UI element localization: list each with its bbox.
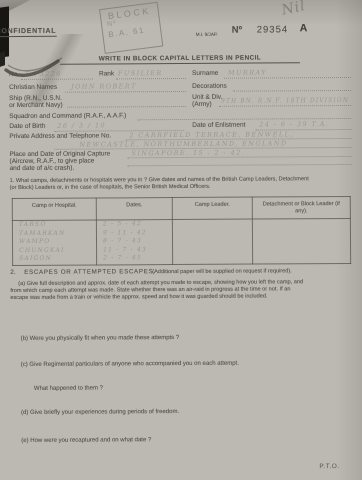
field-rank-value: FUSILIER [118,69,163,77]
field-decorations-label: Decorations [192,83,227,90]
field-christian-names-label: Christian Names [9,84,57,91]
field-ship-rule [67,105,186,108]
camp-table-body-row: TARSO TAMARKAN WAMPO CHUNGKAI SAIGON 2 -… [12,218,350,265]
field-rank-label: Rank [99,70,114,77]
question1-line2: (or Block) Leaders or, in the case of ho… [10,184,211,192]
camp-table: Camp or Hospital. Dates. Camp Leader. De… [12,196,351,266]
ref-suffix-letter: A [300,25,308,32]
field-decorations-rule [233,89,351,92]
field-capture-rule2 [128,163,352,166]
field-surname-label: Surname [192,70,218,77]
field-enlistment-label: Date of Enlistment [192,122,245,129]
block-number-stamp: BLOCK Nº B.A. 61 [99,2,163,54]
field-christian-names-rule [65,90,186,93]
field-surname-value: MURRAY [228,68,267,76]
camp-table-header-leader: Camp Leader. [172,197,252,219]
question2d: (d) Give briefly your experiences during… [21,409,179,417]
ref-department: M.I. 9/JAP. [196,31,218,38]
question2b: (b) Were you physically fit when you mad… [21,335,180,343]
field-rank-rule [116,77,186,79]
camp-table-block-cell [252,218,350,264]
camp-table-header-row: Camp or Hospital. Dates. Camp Leader. De… [12,196,350,220]
pencil-nil-note: Nil [280,0,307,19]
confidential-marking: CONFIDENTIAL [0,28,56,37]
field-squadron-label: Squadron and Command (R.A.F., A.A.F.) [9,112,126,120]
field-capture-label-line3: and date of a/c crash). [10,165,75,172]
field-ship-label-line2: or Merchant Navy) [9,102,63,109]
field-unit-label-line2: (Army) [192,101,212,108]
camp-table-header-camp: Camp or Hospital. [12,198,96,221]
question2-heading: ESCAPES OR ATTEMPTED ESCAPES. [24,268,156,276]
question2a-line3: escape was made from a train or vehicle … [10,293,267,301]
field-no-rule [21,78,93,80]
field-no-label: No. [9,71,19,78]
ref-number: 29354 [257,26,288,33]
question2-number: 2. [10,269,15,276]
camp-entry: SAIGON [13,255,96,264]
camp-table-header-block: Detachment or Block Leader (if any). [252,196,350,219]
camp-table-header-dates: Dates. [96,198,172,220]
ref-no-symbol: Nº [232,27,242,34]
question2c: (c) Give Regimental particulars of anyon… [21,361,239,369]
date-entry: 2 - 7 - 45 [97,254,172,263]
camp-table-dates-cell: 2 - 5 - 42 9 - 11 - 42 8 - 7 - 43 11 - 7… [96,220,172,265]
field-dob-label: Date of Birth [9,123,45,130]
field-surname-rule [224,76,351,79]
form-instruction-heading: WRITE IN BLOCK CAPITAL LETTERS IN PENCIL [60,54,300,64]
field-capture-rule1 [127,155,351,158]
page-turn-over-note: P.T.O. [319,463,339,470]
field-unit-rule [219,104,351,107]
question2c-followup: What happened to them ? [34,385,103,392]
camp-table-camp-cell: TARSO TAMARKAN WAMPO CHUNGKAI SAIGON [12,220,96,266]
question2e: (e) How were you recaptured and on what … [21,437,151,445]
question2-heading-note: (Additional paper will be supplied on re… [152,268,292,275]
field-no-value: 6-73226 [25,70,62,78]
camp-table-leader-cell [172,219,252,264]
field-address-label: Private Address and Telephone No. [9,132,111,140]
